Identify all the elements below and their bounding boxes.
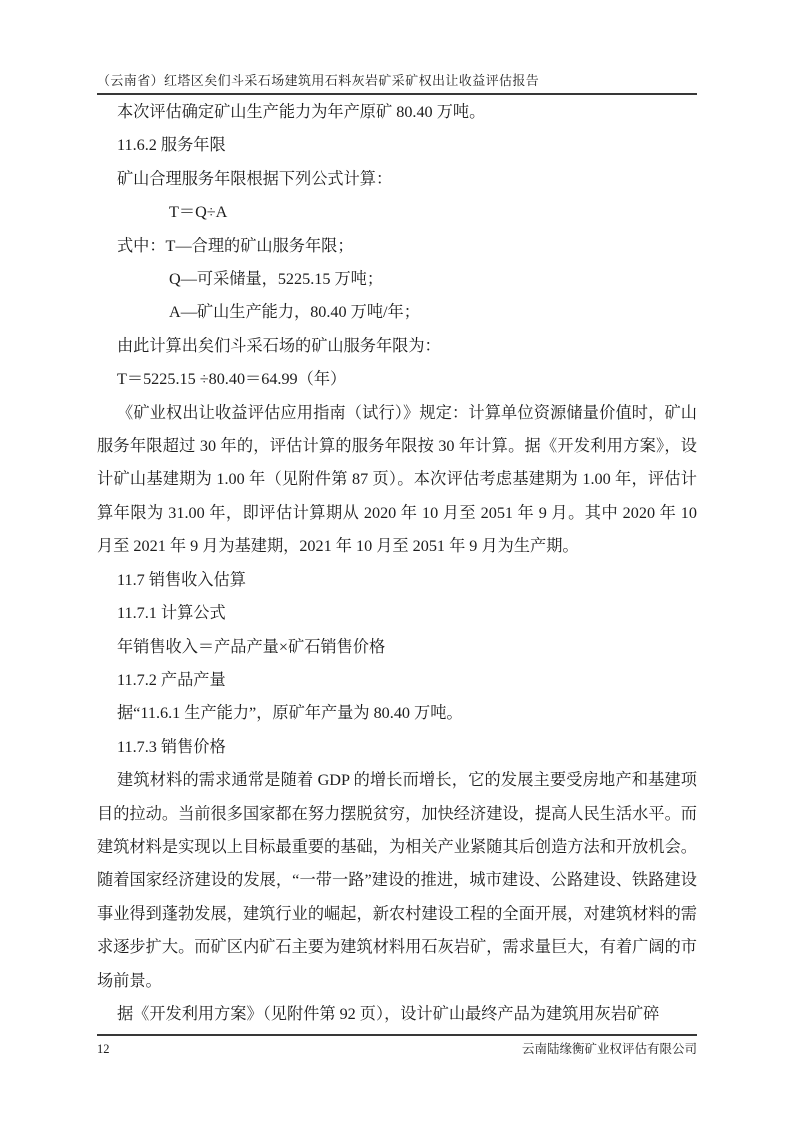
formula-t-equals-q-div-a: T＝Q÷A	[97, 196, 697, 229]
document-body: 本次评估确定矿山生产能力为年产原矿 80.40 万吨。 11.6.2 服务年限 …	[97, 95, 697, 1031]
company-name: 云南陆缘衡矿业权评估有限公司	[522, 1042, 697, 1057]
line-product-output: 据“11.6.1 生产能力”，原矿年产量为 80.40 万吨。	[97, 697, 697, 730]
line-formula-legend-a: A—矿山生产能力，80.40 万吨/年；	[97, 296, 697, 329]
line-service-life-lead-in: 由此计算出矣们斗采石场的矿山服务年限为：	[97, 330, 697, 363]
page-number: 12	[97, 1042, 110, 1057]
paragraph-service-life-policy: 《矿业权出让收益评估应用指南（试行）》规定：计算单位资源储量价值时，矿山服务年限…	[97, 397, 697, 564]
line-service-life-result: T＝5225.15 ÷80.40＝64.99（年）	[97, 363, 697, 396]
document-page: （云南省）红塔区矣们斗采石场建筑用石料灰岩矿采矿权出让收益评估报告 本次评估确定…	[0, 0, 794, 1123]
heading-11-7-2: 11.7.2 产品产量	[97, 664, 697, 697]
page-header: （云南省）红塔区矣们斗采石场建筑用石料灰岩矿采矿权出让收益评估报告	[97, 0, 697, 95]
heading-11-7-1: 11.7.1 计算公式	[97, 597, 697, 630]
line-production-capacity: 本次评估确定矿山生产能力为年产原矿 80.40 万吨。	[97, 96, 697, 129]
paragraph-final-product: 据《开发利用方案》（见附件第 92 页），设计矿山最终产品为建筑用灰岩矿碎	[97, 998, 697, 1031]
line-formula-legend-t: 式中：T—合理的矿山服务年限；	[97, 230, 697, 263]
line-service-life-intro: 矿山合理服务年限根据下列公式计算：	[97, 163, 697, 196]
paragraph-market-outlook: 建筑材料的需求通常是随着 GDP 的增长而增长，它的发展主要受房地产和基建项目的…	[97, 764, 697, 998]
heading-11-7: 11.7 销售收入估算	[97, 564, 697, 597]
heading-11-6-2: 11.6.2 服务年限	[97, 129, 697, 162]
page-footer: 12 云南陆缘衡矿业权评估有限公司	[97, 1034, 697, 1057]
line-revenue-formula: 年销售收入＝产品产量×矿石销售价格	[97, 631, 697, 664]
header-title: （云南省）红塔区矣们斗采石场建筑用石料灰岩矿采矿权出让收益评估报告	[97, 73, 697, 89]
heading-11-7-3: 11.7.3 销售价格	[97, 731, 697, 764]
line-formula-legend-q: Q—可采储量，5225.15 万吨；	[97, 263, 697, 296]
